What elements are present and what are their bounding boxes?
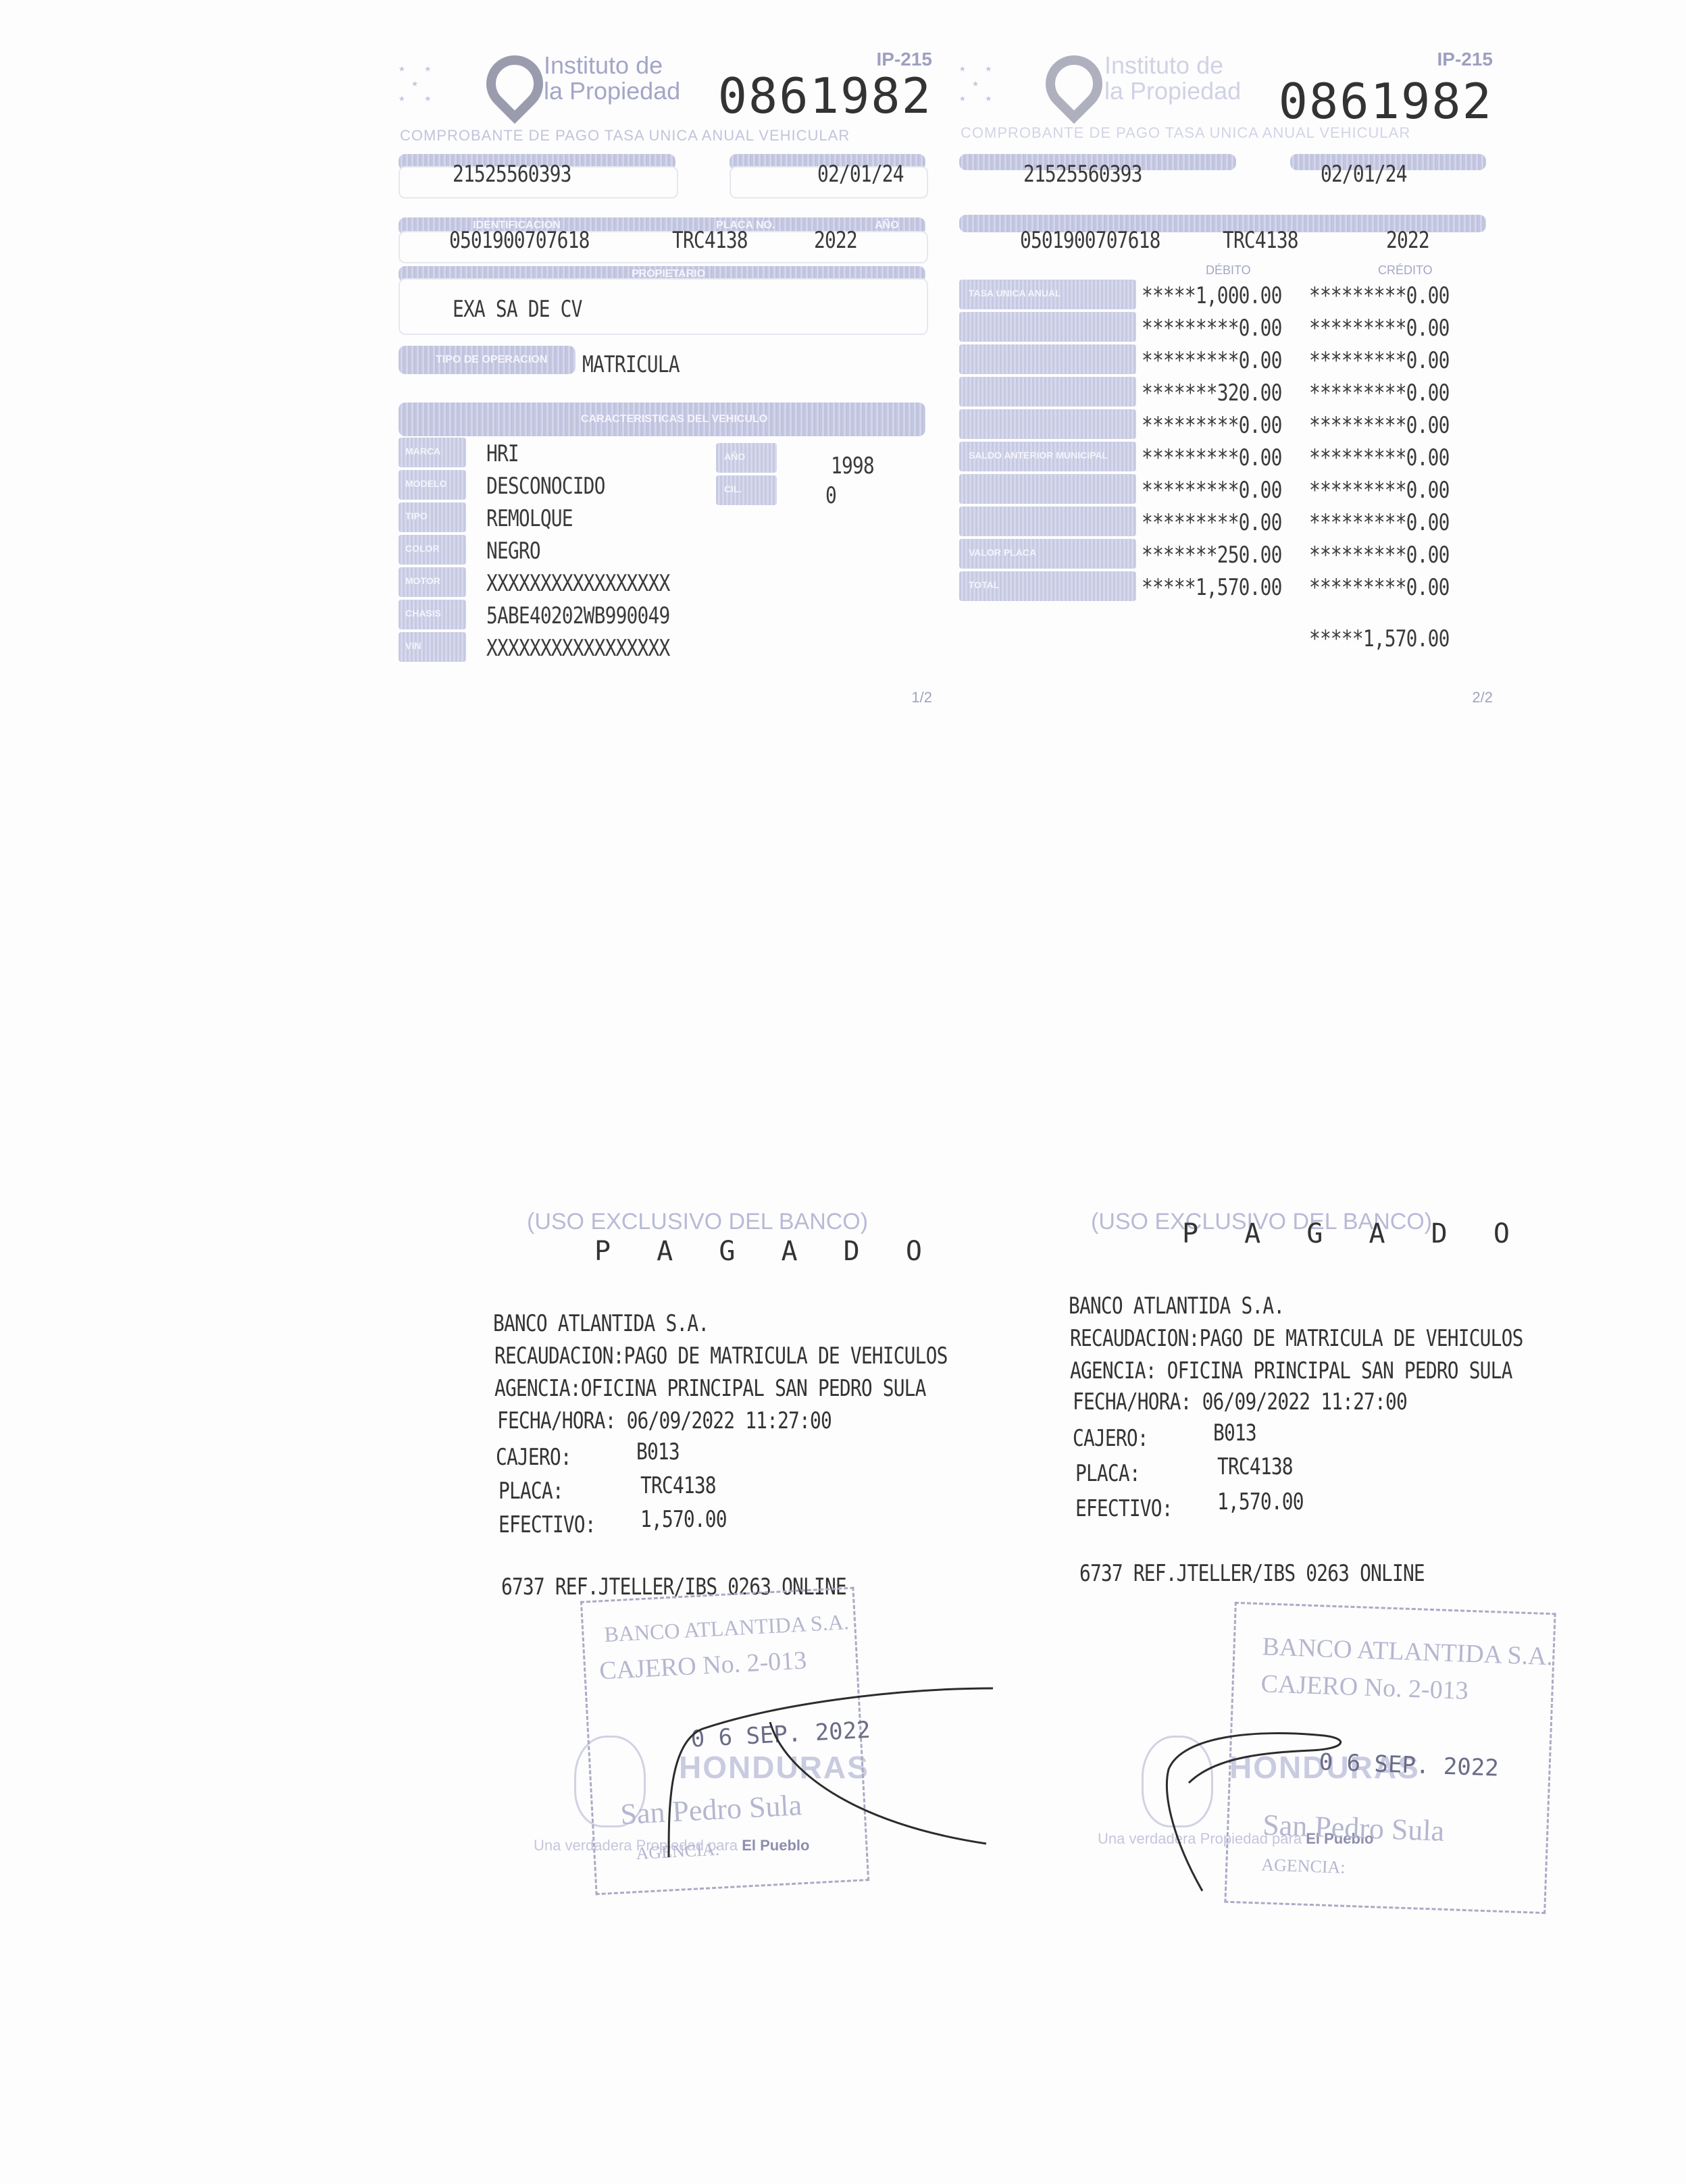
- plate-label: PLACA:: [1075, 1460, 1140, 1487]
- side-field-label: CIL.: [724, 484, 742, 494]
- year-label: AÑO: [875, 219, 899, 232]
- charge-credit: *********0.00: [1309, 347, 1450, 374]
- charge-label-cell: [959, 312, 1136, 342]
- agency: AGENCIA:OFICINA PRINCIPAL SAN PEDRO SULA: [494, 1375, 926, 1402]
- vehicle-field-value: XXXXXXXXXXXXXXXXX: [486, 570, 669, 597]
- identification-number: 0501900707618: [449, 227, 590, 254]
- identification-number: 0501900707618: [1020, 227, 1160, 254]
- cash-label: EFECTIVO:: [499, 1511, 596, 1538]
- form-number: 0861982: [718, 68, 932, 124]
- vehicle-field-label-cell: MODELO: [399, 470, 466, 500]
- operation-band: TIPO DE OPERACION: [399, 346, 576, 374]
- owner-name: EXA SA DE CV: [453, 296, 582, 323]
- charge-label-cell: [959, 377, 1136, 407]
- institute-name: Instituto de la Propiedad: [1104, 53, 1241, 104]
- grand-total: *****1,570.00: [1309, 625, 1450, 652]
- cashier-value: B013: [1213, 1420, 1256, 1447]
- receipt-id: 21525560393: [453, 161, 571, 188]
- signature: [1121, 1695, 1391, 1898]
- vehicle-field-row: CHASIS5ABE40202WB990049: [399, 598, 925, 631]
- charge-debit: *******320.00: [1142, 380, 1282, 407]
- vehicle-field-row: COLORNEGRO: [399, 534, 925, 566]
- charge-row: TOTAL*****1,570.00*********0.00: [959, 570, 1486, 602]
- vehicle-side-row: CIL.0: [716, 475, 919, 508]
- stars-decoration: ★ ★ ★★ ★: [959, 61, 992, 105]
- charge-credit: *********0.00: [1309, 542, 1450, 569]
- operation-label: TIPO DE OPERACION: [436, 354, 547, 366]
- cashier-value: B013: [636, 1438, 680, 1465]
- charge-debit: *********0.00: [1142, 347, 1282, 374]
- vehicle-field-label-cell: VIN: [399, 632, 466, 662]
- charge-credit: *********0.00: [1309, 574, 1450, 601]
- vehicle-field-row: MOTORXXXXXXXXXXXXXXXXX: [399, 566, 925, 598]
- collection-type: RECAUDACION:PAGO DE MATRICULA DE VEHICUL…: [1070, 1325, 1523, 1352]
- charge-row: *******320.00*********0.00: [959, 375, 1486, 408]
- bank-use-header: (USO EXCLUSIVO DEL BANCO): [527, 1209, 868, 1235]
- stamp-bank: BANCO ATLANTIDA S.A.: [604, 1609, 850, 1647]
- institute-logo-icon: [1034, 44, 1115, 124]
- charge-label: VALOR PLACA: [969, 547, 1036, 558]
- vehicle-side-row: AÑO1998: [716, 443, 919, 475]
- credit-header: CRÉDITO: [1378, 263, 1433, 278]
- charge-credit: *********0.00: [1309, 477, 1450, 504]
- datetime: FECHA/HORA: 06/09/2022 11:27:00: [497, 1407, 832, 1434]
- plate-number: TRC4138: [672, 227, 748, 254]
- vehicle-field-label-cell: TIPO: [399, 502, 466, 532]
- charges-table: TASA UNICA ANUAL*****1,000.00*********0.…: [959, 278, 1486, 602]
- side-field-label: AÑO: [724, 451, 745, 462]
- vehicle-field-value: 5ABE40202WB990049: [486, 602, 669, 629]
- receipt-page-1: ★ ★ ★★ ★ Instituto de la Propiedad IP-21…: [399, 41, 932, 709]
- charge-row: *********0.00*********0.00: [959, 408, 1486, 440]
- cashier-label: CAJERO:: [1073, 1425, 1148, 1452]
- vehicle-header: CARACTERISTICAS DEL VEHICULO: [581, 413, 767, 425]
- collection-type: RECAUDACION:PAGO DE MATRICULA DE VEHICUL…: [494, 1343, 948, 1370]
- charge-label-cell: SALDO ANTERIOR MUNICIPAL: [959, 442, 1136, 471]
- charge-debit: *******250.00: [1142, 542, 1282, 569]
- vehicle-header-band: CARACTERISTICAS DEL VEHICULO: [399, 402, 925, 436]
- vehicle-field-label-cell: COLOR: [399, 535, 466, 565]
- stamp-bank: BANCO ATLANTIDA S.A.: [1262, 1632, 1554, 1671]
- bank-name: BANCO ATLANTIDA S.A.: [1069, 1293, 1284, 1320]
- vehicle-field-label: MARCA: [405, 446, 440, 457]
- stars-decoration: ★ ★ ★★ ★: [399, 61, 431, 105]
- vehicle-field-label: MODELO: [405, 478, 446, 489]
- charge-row: SALDO ANTERIOR MUNICIPAL*********0.00***…: [959, 440, 1486, 473]
- vehicle-field-label-cell: MOTOR: [399, 567, 466, 597]
- vehicle-field-value: NEGRO: [486, 538, 540, 565]
- bank-receipt-2: (USO EXCLUSIVO DEL BANCO) P A G A D O BA…: [1061, 1209, 1601, 1938]
- charge-credit: *********0.00: [1309, 380, 1450, 407]
- charge-credit: *********0.00: [1309, 315, 1450, 342]
- charge-label-cell: VALOR PLACA: [959, 539, 1136, 569]
- cashier-label: CAJERO:: [496, 1444, 571, 1471]
- charge-label-cell: [959, 409, 1136, 439]
- vehicle-field-value: REMOLQUE: [486, 505, 573, 532]
- charge-debit: *********0.00: [1142, 315, 1282, 342]
- charge-debit: *********0.00: [1142, 412, 1282, 439]
- charge-label: TOTAL: [969, 579, 999, 590]
- vehicle-field-label: MOTOR: [405, 575, 440, 586]
- charge-row: *********0.00*********0.00: [959, 505, 1486, 538]
- charge-label-cell: [959, 506, 1136, 536]
- vehicle-field-label-cell: CHASIS: [399, 600, 466, 629]
- agency: AGENCIA: OFICINA PRINCIPAL SAN PEDRO SUL…: [1070, 1357, 1512, 1384]
- charge-label-cell: TOTAL: [959, 571, 1136, 601]
- side-field-label-cell: AÑO: [716, 443, 777, 473]
- reference: 6737 REF.JTELLER/IBS 0263 ONLINE: [1079, 1560, 1425, 1587]
- charge-debit: *********0.00: [1142, 509, 1282, 536]
- operation-type: MATRICULA: [582, 351, 680, 378]
- institute-name: Instituto de la Propiedad: [544, 53, 680, 104]
- cash-label: EFECTIVO:: [1075, 1495, 1173, 1522]
- charge-label: SALDO ANTERIOR MUNICIPAL: [969, 450, 1108, 461]
- plate-label: PLACA:: [499, 1478, 563, 1505]
- bank-receipt-1: (USO EXCLUSIVO DEL BANCO) P A G A D O BA…: [486, 1209, 1027, 1938]
- charge-row: TASA UNICA ANUAL*****1,000.00*********0.…: [959, 278, 1486, 311]
- charge-credit: *********0.00: [1309, 509, 1450, 536]
- vehicle-field-label: TIPO: [405, 511, 428, 521]
- charge-row: VALOR PLACA*******250.00*********0.00: [959, 538, 1486, 570]
- paid-status: P A G A D O: [1182, 1218, 1525, 1249]
- vehicle-field-label: COLOR: [405, 543, 440, 554]
- charge-debit: *********0.00: [1142, 477, 1282, 504]
- datetime: FECHA/HORA: 06/09/2022 11:27:00: [1073, 1388, 1407, 1415]
- charge-credit: *********0.00: [1309, 412, 1450, 439]
- charge-debit: *****1,000.00: [1142, 282, 1282, 309]
- vehicle-field-value: DESCONOCIDO: [486, 473, 605, 500]
- bank-name: BANCO ATLANTIDA S.A.: [493, 1310, 709, 1337]
- charge-debit: *********0.00: [1142, 444, 1282, 471]
- vehicle-field-label: CHASIS: [405, 608, 441, 619]
- issue-date: 02/01/24: [1321, 161, 1407, 188]
- vehicle-field-row: VINXXXXXXXXXXXXXXXXX: [399, 631, 925, 663]
- form-number: 0861982: [1279, 73, 1493, 130]
- vehicle-field-value: XXXXXXXXXXXXXXXXX: [486, 635, 669, 662]
- charge-debit: *****1,570.00: [1142, 574, 1282, 601]
- cash-amount: 1,570.00: [640, 1506, 727, 1533]
- plate-value: TRC4138: [1217, 1453, 1293, 1480]
- page-indicator: 2/2: [1472, 689, 1493, 706]
- registration-year: 2022: [1386, 227, 1429, 254]
- charge-label: TASA UNICA ANUAL: [969, 288, 1061, 298]
- charge-label-cell: [959, 474, 1136, 504]
- cash-amount: 1,570.00: [1217, 1488, 1304, 1515]
- page-indicator: 1/2: [911, 689, 932, 706]
- charge-credit: *********0.00: [1309, 444, 1450, 471]
- plate-number: TRC4138: [1223, 227, 1298, 254]
- charge-credit: *********0.00: [1309, 282, 1450, 309]
- vehicle-field-label: VIN: [405, 640, 421, 651]
- issue-date: 02/01/24: [817, 161, 904, 188]
- signature: [648, 1675, 1000, 1864]
- charge-label-cell: [959, 344, 1136, 374]
- paid-status: P A G A D O: [594, 1236, 937, 1267]
- side-field-label-cell: CIL.: [716, 475, 777, 505]
- registration-year: 2022: [814, 227, 857, 254]
- form-code: IP-215: [1437, 49, 1493, 70]
- receipt-page-2: ★ ★ ★★ ★ Instituto de la Propiedad IP-21…: [959, 41, 1493, 709]
- receipt-title: COMPROBANTE DE PAGO TASA UNICA ANUAL VEH…: [961, 124, 1410, 142]
- charge-row: *********0.00*********0.00: [959, 343, 1486, 375]
- charge-label-cell: TASA UNICA ANUAL: [959, 280, 1136, 309]
- charge-row: *********0.00*********0.00: [959, 311, 1486, 343]
- side-field-value: 0: [825, 482, 836, 509]
- plate-value: TRC4138: [640, 1472, 716, 1499]
- debit-header: DÉBITO: [1206, 263, 1251, 278]
- vehicle-field-value: HRI: [486, 440, 519, 467]
- receipt-title: COMPROBANTE DE PAGO TASA UNICA ANUAL VEH…: [400, 127, 850, 145]
- vehicle-side-fields: AÑO1998CIL.0: [716, 443, 919, 508]
- charge-row: *********0.00*********0.00: [959, 473, 1486, 505]
- institute-logo-icon: [475, 44, 555, 124]
- vehicle-field-label-cell: MARCA: [399, 438, 466, 467]
- receipt-id: 21525560393: [1023, 161, 1142, 188]
